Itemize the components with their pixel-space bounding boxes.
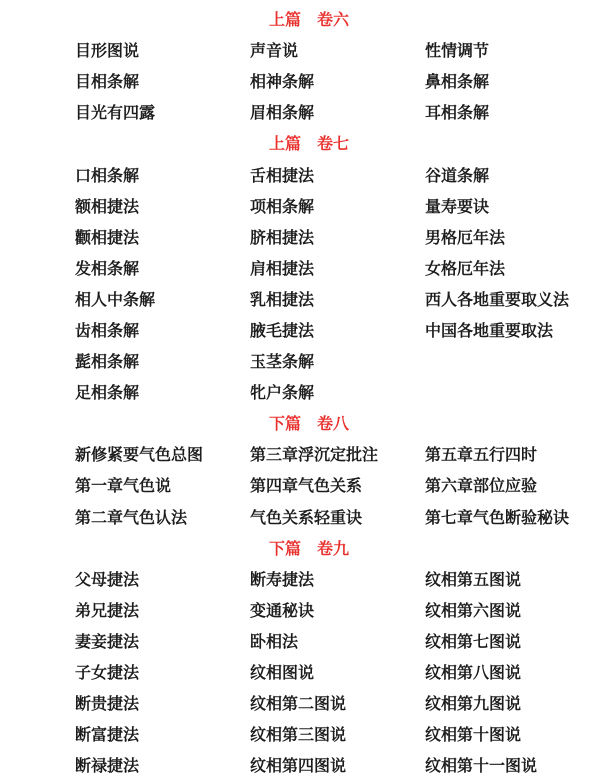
toc-row: 断禄捷法纹相第四图说纹相第十一图说 <box>0 749 593 780</box>
toc-entry: 中国各地重要取法 <box>425 318 593 341</box>
toc-entry: 第七章气色断验秘诀 <box>425 505 593 528</box>
toc-entry: 纹相第十图说 <box>425 722 593 745</box>
toc-row: 额相捷法项相条解量寿要诀 <box>0 190 593 221</box>
section-header: 上篇 卷六 <box>0 3 593 34</box>
section-header: 下篇 卷九 <box>0 532 593 563</box>
toc-entry: 目相条解 <box>75 69 250 92</box>
toc-entry: 牝户条解 <box>250 380 425 403</box>
toc-entry: 断寿捷法 <box>250 567 425 590</box>
toc-entry: 量寿要诀 <box>425 194 593 217</box>
toc-row: 新修紧要气色总图第三章浮沉定批注第五章五行四时 <box>0 438 593 469</box>
toc-entry: 父母捷法 <box>75 567 250 590</box>
toc-entry: 断富捷法 <box>75 722 250 745</box>
toc-entry: 玉茎条解 <box>250 349 425 372</box>
toc-row: 第二章气色认法气色关系轻重诀第七章气色断验秘诀 <box>0 501 593 532</box>
toc-entry: 纹相第十一图说 <box>425 753 593 776</box>
toc-entry: 纹相第三图说 <box>250 722 425 745</box>
toc-row: 断贵捷法纹相第二图说纹相第九图说 <box>0 687 593 718</box>
toc-entry: 断禄捷法 <box>75 753 250 776</box>
toc-entry: 纹相第二图说 <box>250 691 425 714</box>
toc-entry: 纹相第八图说 <box>425 660 593 683</box>
toc-entry: 第二章气色认法 <box>75 505 250 528</box>
toc-entry: 纹相图说 <box>250 660 425 683</box>
section-header: 上篇 卷七 <box>0 127 593 158</box>
toc-row: 相人中条解乳相捷法西人各地重要取义法 <box>0 283 593 314</box>
toc-entry: 气色关系轻重诀 <box>250 505 425 528</box>
toc-row: 目光有四露眉相条解耳相条解 <box>0 96 593 127</box>
toc-entry: 目光有四露 <box>75 100 250 123</box>
toc-entry: 足相条解 <box>75 380 250 403</box>
toc-entry: 谷道条解 <box>425 163 593 186</box>
toc-entry: 第六章部位应验 <box>425 473 593 496</box>
toc-entry: 纹相第七图说 <box>425 629 593 652</box>
toc-entry: 纹相第四图说 <box>250 753 425 776</box>
toc-row: 子女捷法纹相图说纹相第八图说 <box>0 656 593 687</box>
toc-entry: 卧相法 <box>250 629 425 652</box>
toc-entry: 第一章气色说 <box>75 473 250 496</box>
toc-entry: 新修紧要气色总图 <box>75 442 250 465</box>
toc-entry: 相人中条解 <box>75 287 250 310</box>
toc-entry: 断贵捷法 <box>75 691 250 714</box>
toc-entry: 髭相条解 <box>75 349 250 372</box>
toc-entry: 额相捷法 <box>75 194 250 217</box>
toc-entry: 口相条解 <box>75 163 250 186</box>
toc-entry: 肩相捷法 <box>250 256 425 279</box>
section-header: 下篇 卷八 <box>0 407 593 438</box>
toc-entry: 第三章浮沉定批注 <box>250 442 425 465</box>
toc-row: 弟兄捷法变通秘诀纹相第六图说 <box>0 594 593 625</box>
toc-entry: 第五章五行四时 <box>425 442 593 465</box>
toc-entry: 女格厄年法 <box>425 256 593 279</box>
toc-entry: 齿相条解 <box>75 318 250 341</box>
toc-page: 上篇 卷六目形图说声音说性情调节目相条解相神条解鼻相条解目光有四露眉相条解耳相条… <box>0 0 593 781</box>
toc-row: 齿相条解腋毛捷法中国各地重要取法 <box>0 314 593 345</box>
toc-entry: 子女捷法 <box>75 660 250 683</box>
toc-entry: 变通秘诀 <box>250 598 425 621</box>
toc-row: 第一章气色说第四章气色关系第六章部位应验 <box>0 469 593 500</box>
toc-entry: 耳相条解 <box>425 100 593 123</box>
table-of-contents: 上篇 卷六目形图说声音说性情调节目相条解相神条解鼻相条解目光有四露眉相条解耳相条… <box>0 3 593 780</box>
toc-entry: 腋毛捷法 <box>250 318 425 341</box>
toc-entry: 鼻相条解 <box>425 69 593 92</box>
toc-entry: 弟兄捷法 <box>75 598 250 621</box>
toc-entry: 相神条解 <box>250 69 425 92</box>
toc-entry: 男格厄年法 <box>425 225 593 248</box>
toc-entry: 声音说 <box>250 38 425 61</box>
toc-row: 足相条解牝户条解 <box>0 376 593 407</box>
toc-entry: 发相条解 <box>75 256 250 279</box>
toc-entry: 纹相第六图说 <box>425 598 593 621</box>
toc-entry: 西人各地重要取义法 <box>425 287 593 310</box>
toc-entry: 颧相捷法 <box>75 225 250 248</box>
toc-entry: 舌相捷法 <box>250 163 425 186</box>
toc-row: 口相条解舌相捷法谷道条解 <box>0 158 593 189</box>
toc-entry: 妻妾捷法 <box>75 629 250 652</box>
toc-entry: 性情调节 <box>425 38 593 61</box>
toc-row: 目形图说声音说性情调节 <box>0 34 593 65</box>
toc-row: 颧相捷法脐相捷法男格厄年法 <box>0 221 593 252</box>
toc-row: 父母捷法断寿捷法纹相第五图说 <box>0 563 593 594</box>
toc-row: 目相条解相神条解鼻相条解 <box>0 65 593 96</box>
toc-row: 断富捷法纹相第三图说纹相第十图说 <box>0 718 593 749</box>
toc-entry: 乳相捷法 <box>250 287 425 310</box>
toc-entry: 脐相捷法 <box>250 225 425 248</box>
toc-entry: 纹相第九图说 <box>425 691 593 714</box>
toc-entry: 纹相第五图说 <box>425 567 593 590</box>
toc-row: 发相条解肩相捷法女格厄年法 <box>0 252 593 283</box>
toc-row: 髭相条解玉茎条解 <box>0 345 593 376</box>
toc-row: 妻妾捷法卧相法纹相第七图说 <box>0 625 593 656</box>
toc-entry: 眉相条解 <box>250 100 425 123</box>
toc-entry: 第四章气色关系 <box>250 473 425 496</box>
toc-entry: 项相条解 <box>250 194 425 217</box>
toc-entry: 目形图说 <box>75 38 250 61</box>
